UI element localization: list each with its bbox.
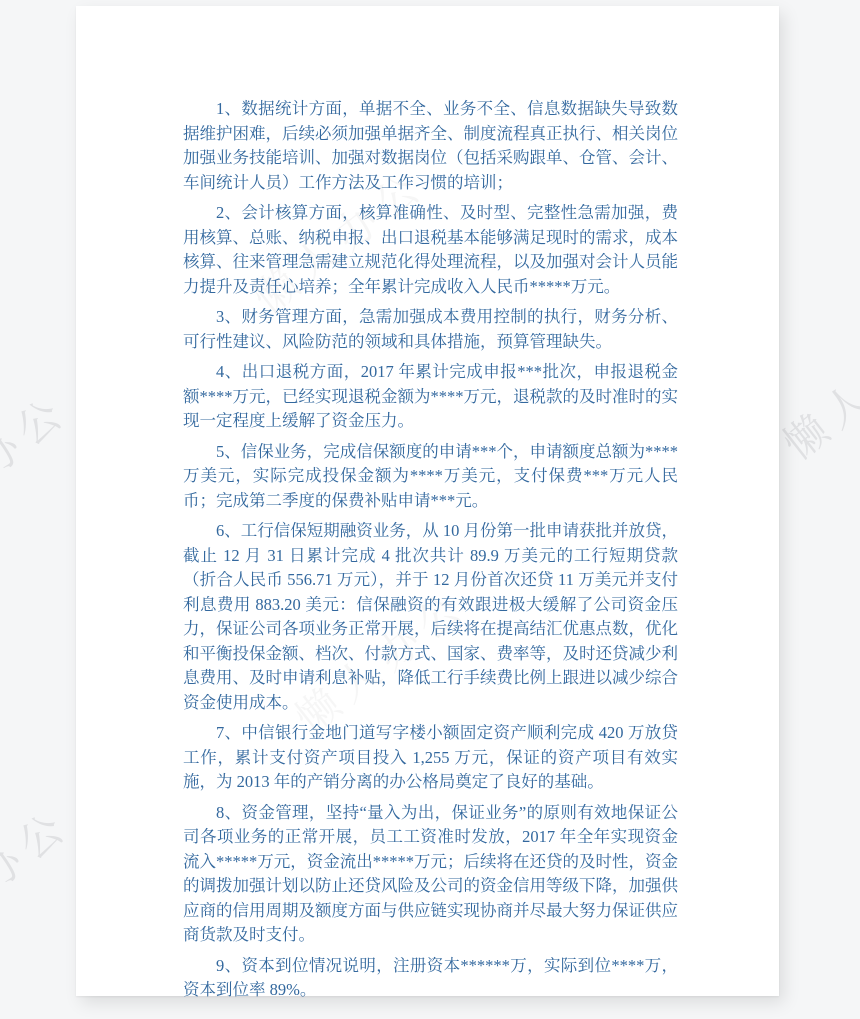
document-paragraph: 9、资本到位情况说明，注册资本******万，实际到位****万，资本到位率 8… <box>183 954 678 1003</box>
document-paragraph: 5、信保业务，完成信保额度的申请***个，申请额度总额为****万美元，实际完成… <box>183 440 678 514</box>
document-paragraph: 1、数据统计方面，单据不全、业务不全、信息数据缺失导致数据维护困难，后续必须加强… <box>183 97 678 195</box>
document-paragraph: 4、出口退税方面，2017 年累计完成申报***批次，申报退税金额****万元，… <box>183 360 678 434</box>
watermark-text: 懒人办公 <box>770 299 860 472</box>
document-paragraph: 6、工行信保短期融资业务，从 10 月份第一批申请获批并放贷，截止 12 月 3… <box>183 519 678 715</box>
canvas: 懒人办公 懒人办公 懒人办公 1、数据统计方面，单据不全、业务不全、信息数据缺失… <box>0 0 860 1019</box>
document-paragraph: 3、财务管理方面，急需加强成本费用控制的执行，财务分析、可行性建议、风险防范的领… <box>183 305 678 354</box>
document-page: 1、数据统计方面，单据不全、业务不全、信息数据缺失导致数据维护困难，后续必须加强… <box>76 6 779 996</box>
document-content: 1、数据统计方面，单据不全、业务不全、信息数据缺失导致数据维护困难，后续必须加强… <box>183 97 678 1003</box>
document-paragraph: 2、会计核算方面，核算准确性、及时型、完整性急需加强，费用核算、总账、纳税申报、… <box>183 201 678 299</box>
watermark-text: 懒人办公 <box>0 379 79 552</box>
document-paragraph: 8、资金管理，坚持“量入为出，保证业务”的原则有效地保证公司各项业务的正常开展，… <box>183 801 678 948</box>
watermark-text: 懒人办公 <box>0 793 81 966</box>
document-paragraph: 7、中信银行金地门道写字楼小额固定资产顺利完成 420 万放贷工作，累计支付资产… <box>183 721 678 795</box>
